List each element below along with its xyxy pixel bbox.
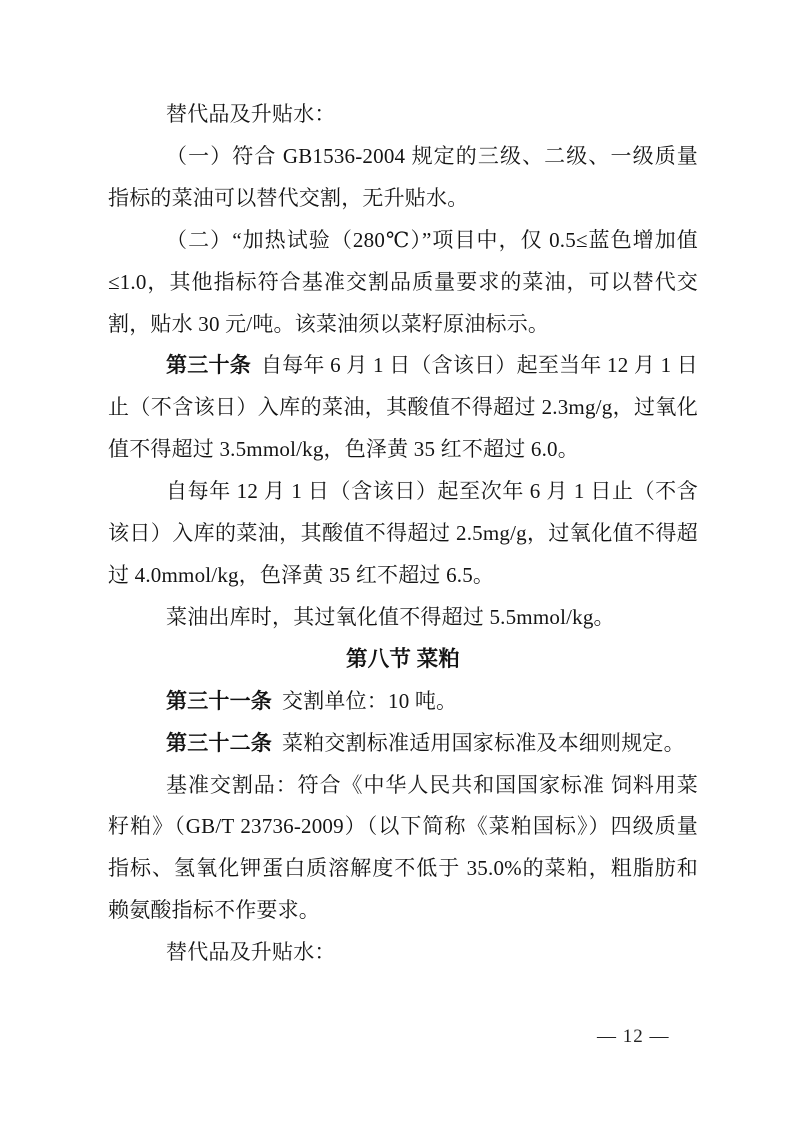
article-31-text: 交割单位：10 吨。 bbox=[282, 689, 457, 713]
paragraph-substitutes-premiums-meal: 替代品及升贴水： bbox=[108, 932, 698, 974]
paragraph-substitutes-premiums-oil: 替代品及升贴水： bbox=[108, 94, 698, 136]
paragraph-article-30: 第三十条自每年 6 月 1 日（含该日）起至当年 12 月 1 日止（不含该日）… bbox=[108, 345, 698, 471]
document-page: 替代品及升贴水： （一）符合 GB1536-2004 规定的三级、二级、一级质量… bbox=[0, 0, 793, 1122]
article-32-text: 菜粕交割标准适用国家标准及本细则规定。 bbox=[282, 731, 685, 755]
paragraph-winter-storage-rule: 自每年 12 月 1 日（含该日）起至次年 6 月 1 日止（不含该日）入库的菜… bbox=[108, 471, 698, 597]
section-heading-rapeseed-meal: 第八节 菜粕 bbox=[108, 639, 698, 681]
paragraph-outbound-rule: 菜油出库时，其过氧化值不得超过 5.5mmol/kg。 bbox=[108, 597, 698, 639]
paragraph-article-32: 第三十二条菜粕交割标准适用国家标准及本细则规定。 bbox=[108, 723, 698, 765]
page-number: — 12 — bbox=[597, 1026, 670, 1048]
document-body: 替代品及升贴水： （一）符合 GB1536-2004 规定的三级、二级、一级质量… bbox=[108, 94, 698, 974]
paragraph-article-31: 第三十一条交割单位：10 吨。 bbox=[108, 681, 698, 723]
paragraph-clause-one: （一）符合 GB1536-2004 规定的三级、二级、一级质量指标的菜油可以替代… bbox=[108, 136, 698, 220]
article-30-number: 第三十条 bbox=[166, 353, 251, 377]
article-32-number: 第三十二条 bbox=[166, 731, 272, 755]
article-31-number: 第三十一条 bbox=[166, 689, 272, 713]
page-number-text: — 12 — bbox=[597, 1026, 670, 1047]
paragraph-clause-two: （二）“加热试验（280℃）”项目中，仅 0.5≤蓝色增加值≤1.0，其他指标符… bbox=[108, 220, 698, 346]
paragraph-benchmark-deliverable: 基准交割品：符合《中华人民共和国国家标准 饲料用菜籽粕》（GB/T 23736-… bbox=[108, 765, 698, 933]
